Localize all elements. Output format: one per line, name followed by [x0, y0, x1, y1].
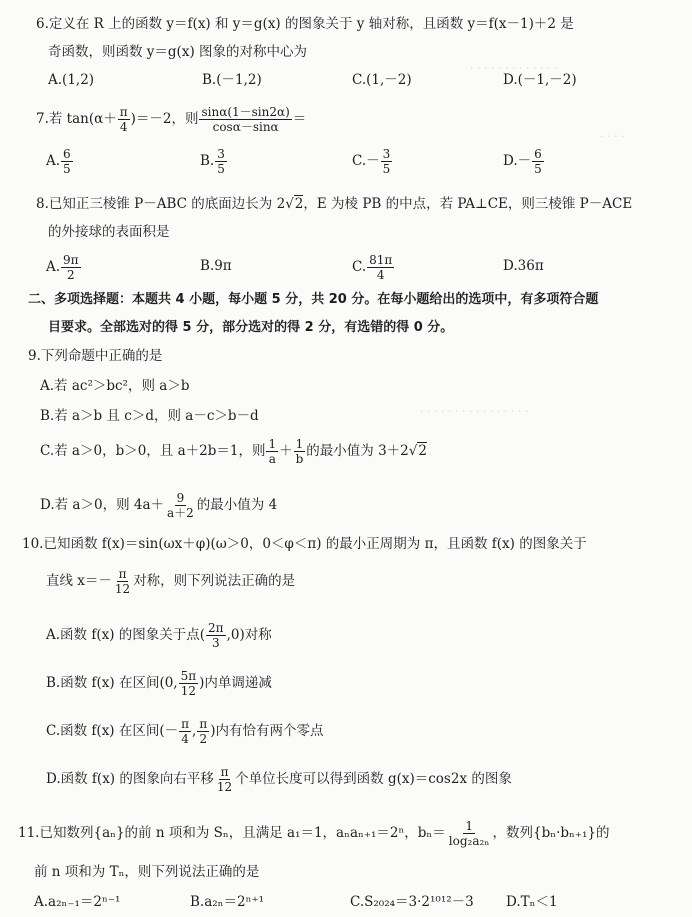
question-11-stem-line1: 11.已知数列{aₙ}的前 n 项和为 Sₙ，且满足 a₁＝1，aₙaₙ₊₁＝2… [18, 818, 609, 848]
question-11-option-b: B.a₂ₙ＝2ⁿ⁺¹ [190, 892, 264, 912]
question-11-option-c: C.S₂₀₂₄＝3·2¹⁰¹²－3 [350, 892, 474, 912]
fraction: sinα(1－sin2α)cosα－sinα [199, 105, 291, 134]
question-10-stem-line2: 直线 x＝－π12对称，则下列说法正确的是 [46, 566, 295, 596]
question-8-option-a: A.9π2 [46, 252, 82, 282]
exam-page: · · · · · · · · · · · · · · · · · · · · … [0, 0, 692, 917]
question-11-option-d: D.Tₙ＜1 [506, 892, 558, 912]
question-6-stem-line1: 6.定义在 R 上的函数 y＝f(x) 和 y＝g(x) 的图象关于 y 轴对称… [36, 14, 574, 34]
question-6-option-d: D.(－1,－2) [503, 70, 577, 90]
question-9-option-a: A.若 ac²＞bc²，则 a＞b [40, 376, 189, 396]
question-7-option-c: C.－35 [352, 146, 393, 176]
question-9-option-d: D.若 a＞0，则 4a＋9a＋2的最小值为 4 [40, 490, 277, 520]
question-9-stem: 9.下列命题中正确的是 [28, 346, 162, 366]
question-6-option-a: A.(1,2) [48, 70, 94, 90]
question-7-option-b: B.35 [200, 146, 228, 176]
question-number: 6. [36, 16, 49, 32]
question-8-stem-line2: 的外接球的表面积是 [48, 222, 170, 242]
question-6-stem-line2: 奇函数，则函数 y＝g(x) 图象的对称中心为 [48, 42, 307, 62]
question-11-option-a: A.a₂ₙ₋₁＝2ⁿ⁻¹ [34, 892, 120, 912]
question-7-option-a: A.65 [46, 146, 74, 176]
question-10-option-a: A.函数 f(x) 的图象关于点(2π3,0)对称 [46, 620, 272, 650]
question-10-stem-line1: 10.已知函数 f(x)＝sin(ωx＋φ)(ω＞0，0＜φ＜π) 的最小正周期… [22, 534, 587, 554]
question-10-option-c: C.函数 f(x) 在区间(－π4,π2)内有恰有两个零点 [46, 716, 324, 746]
question-6-option-c: C.(1,－2) [352, 70, 412, 90]
question-8-option-c: C.81π4 [352, 252, 395, 282]
bleed-through-text: · · · · · · · · · · · · · · · · [420, 405, 528, 418]
question-8-stem-line1: 8.已知正三棱锥 P－ABC 的底面边长为 2√2，E 为棱 PB 的中点，若 … [36, 194, 632, 214]
question-9-option-b: B.若 a＞b 且 c＞d，则 a－c＞b－d [40, 406, 259, 426]
section-2-header-line1: 二、多项选择题：本题共 4 小题，每小题 5 分，共 20 分。在每小题给出的选… [28, 290, 598, 310]
section-2-header-line2: 目要求。全部选对的得 5 分，部分选对的得 2 分，有选错的得 0 分。 [48, 318, 453, 338]
question-7-option-d: D.－65 [503, 146, 545, 176]
question-10-option-d: D.函数 f(x) 的图象向右平移π12个单位长度可以得到函数 g(x)＝cos… [46, 764, 512, 794]
question-10-option-b: B.函数 f(x) 在区间(0,5π12)内单调递减 [46, 668, 272, 698]
question-7-stem: 7.若 tan(α＋π4)＝－2，则sinα(1－sin2α)cosα－sinα… [36, 104, 306, 134]
fraction: π4 [118, 105, 130, 134]
question-8-option-d: D.36π [503, 256, 544, 276]
question-8-option-b: B.9π [200, 256, 232, 276]
question-11-stem-line2: 前 n 项和为 Tₙ，则下列说法正确的是 [34, 862, 259, 882]
question-9-option-c: C.若 a＞0，b＞0，且 a＋2b＝1，则1a＋1b的最小值为 3＋2√2 [40, 436, 427, 466]
bleed-through-text: · · · · [600, 130, 624, 143]
question-6-option-b: B.(－1,2) [202, 70, 262, 90]
